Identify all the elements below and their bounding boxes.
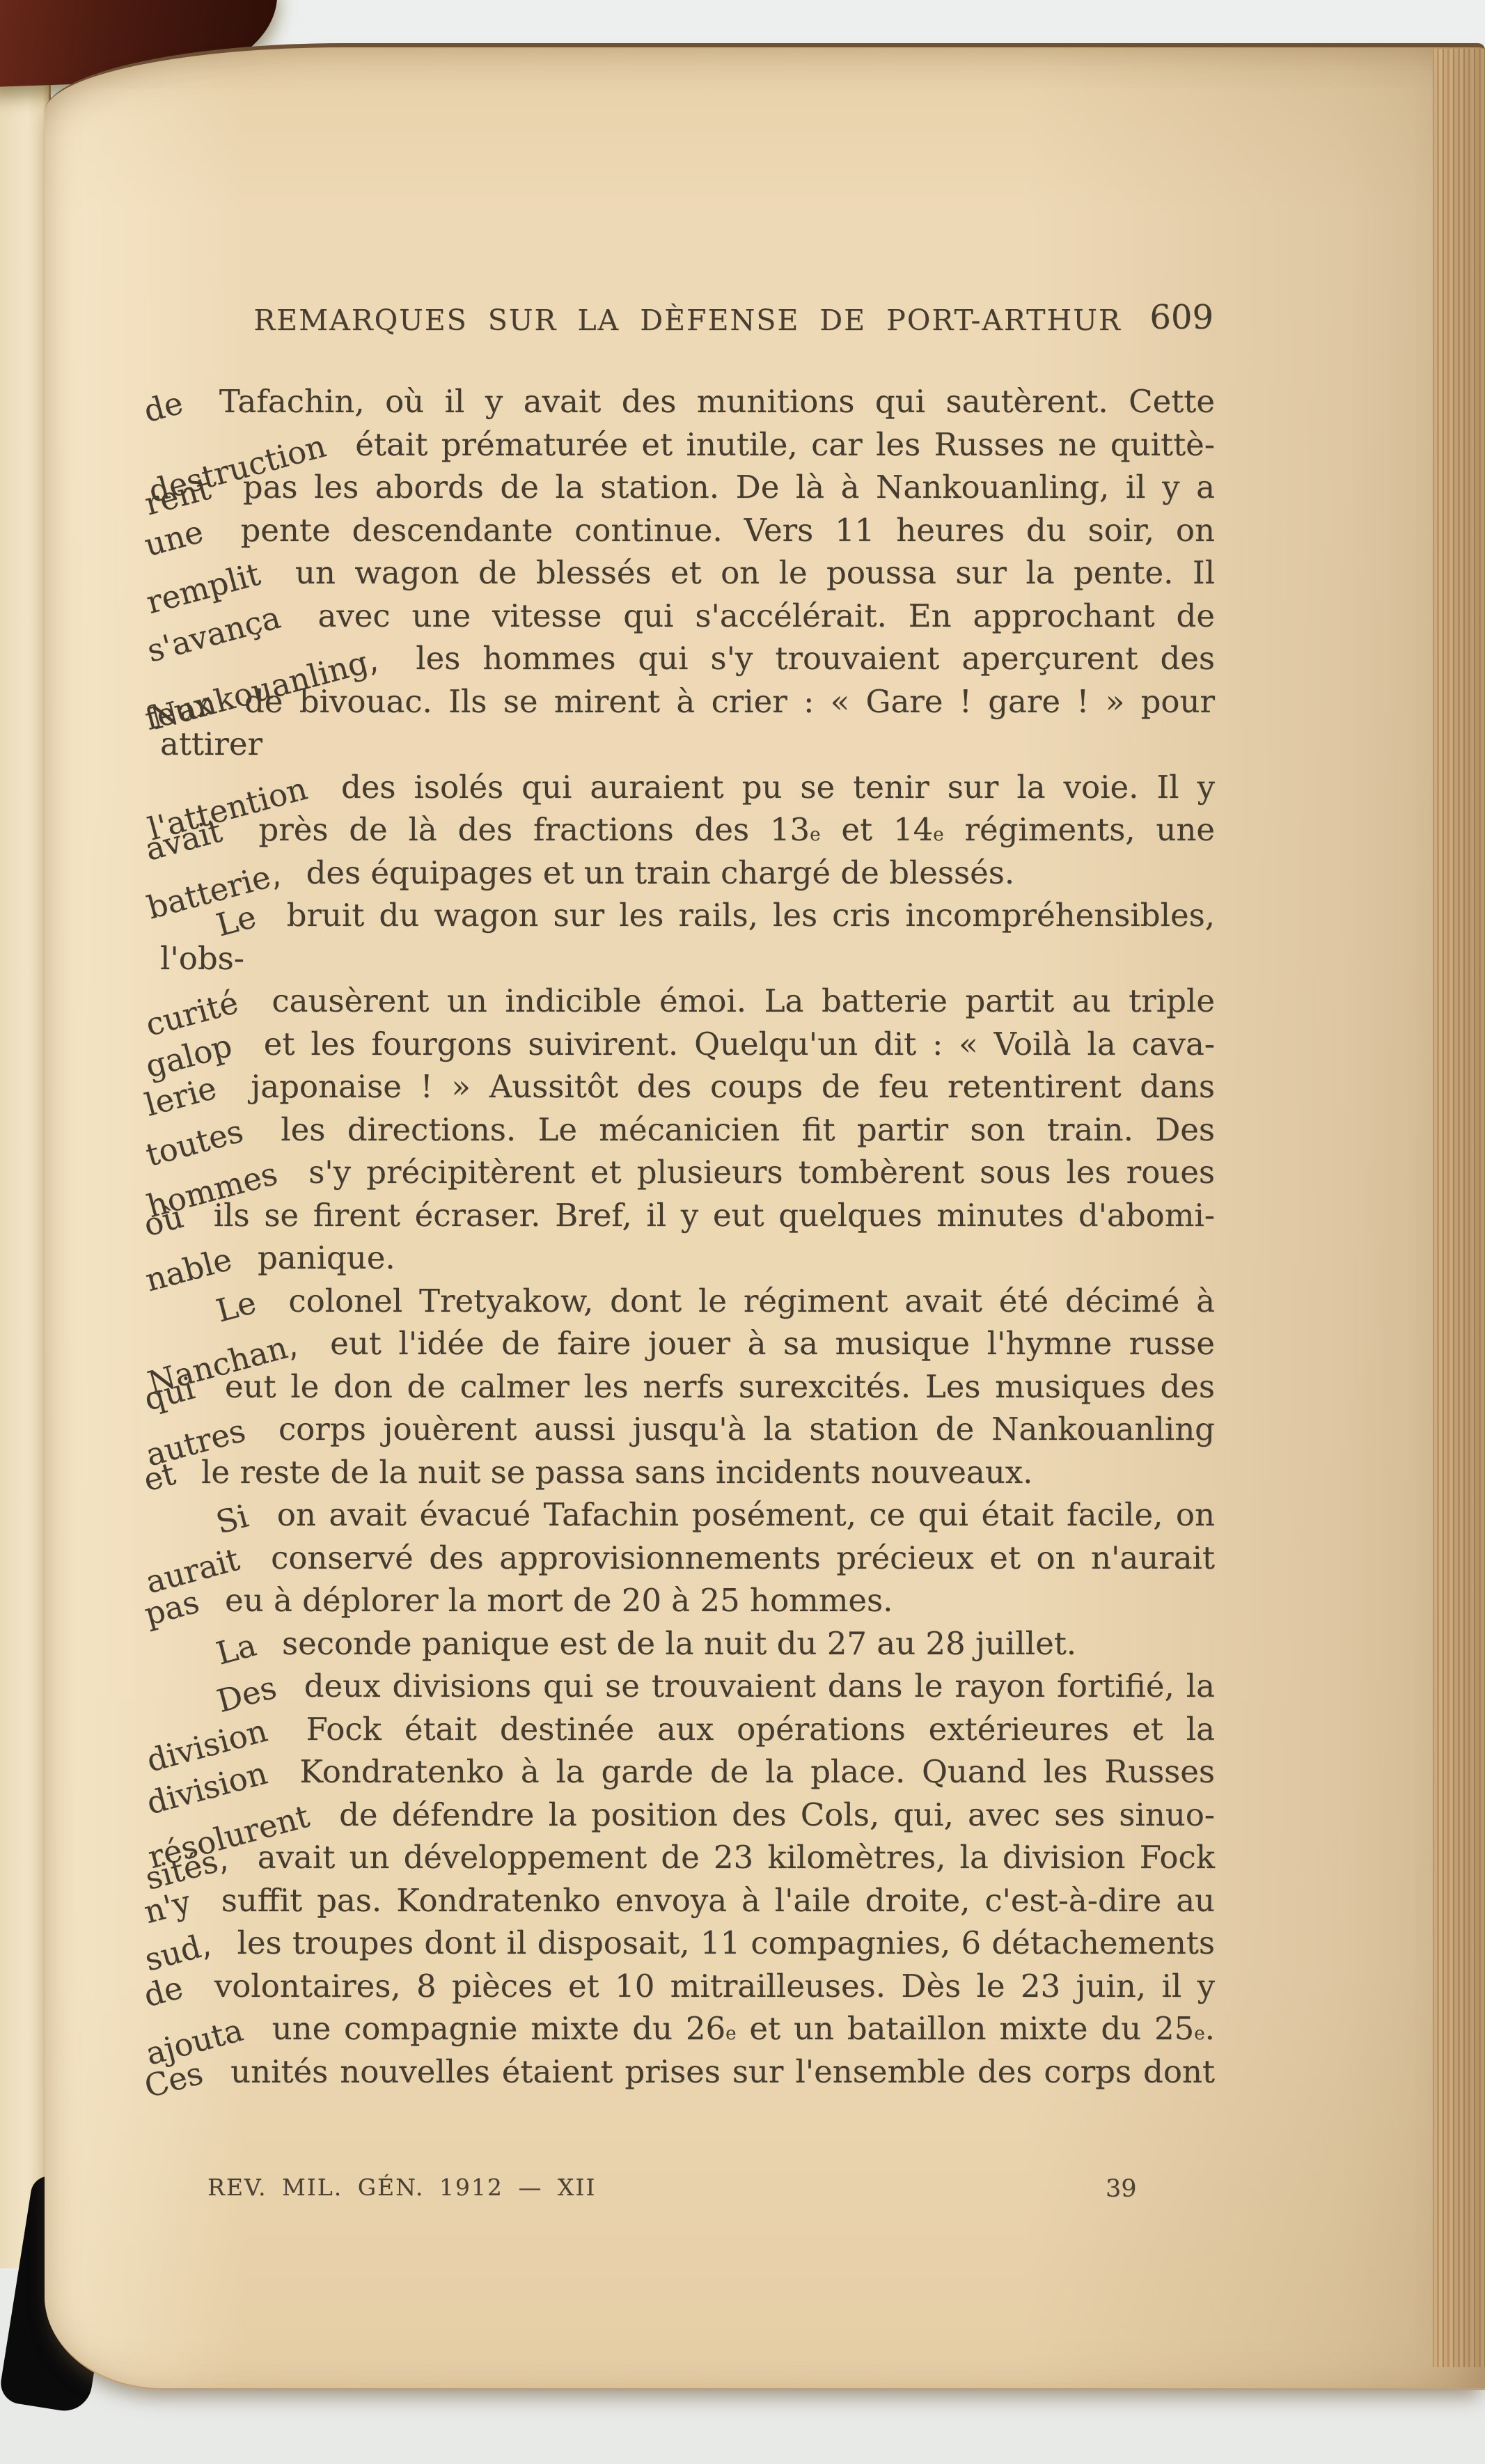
text-line: sud, les troupes dont il disposait, 11 c…	[160, 1922, 1215, 1965]
line-text: unités nouvelles étaient prises sur l'en…	[230, 2053, 1215, 2090]
ordinal-superscript: e	[725, 2023, 736, 2044]
text-line: rent pas les abords de la station. De là…	[160, 466, 1215, 509]
line-text: causèrent un indicible émoi. La batterie…	[272, 982, 1215, 1019]
text-line: Nanchan, eut l'idée de faire jouer à sa …	[160, 1322, 1215, 1365]
gutter-page-edge	[0, 47, 51, 2268]
text-line: autres corps jouèrent aussi jusqu'à la s…	[160, 1408, 1215, 1451]
line-text: avait un développement de 23 kilomètres,…	[258, 1839, 1215, 1876]
text-line: n'y suffit pas. Kondratenko envoya à l'a…	[160, 1879, 1215, 1922]
text-line: division Kondratenko à la garde de la pl…	[160, 1750, 1215, 1794]
text-line: remplit un wagon de blessés et on le pou…	[160, 551, 1215, 595]
page-edges	[1433, 49, 1485, 2367]
line-text: les troupes dont il disposait, 11 compag…	[237, 1924, 1215, 1961]
text-line: Des deux divisions qui se trouvaient dan…	[160, 1665, 1215, 1708]
line-text: bruit du wagon sur les rails, les cris i…	[160, 897, 1215, 977]
line-text: le reste de la nuit se passa sans incide…	[201, 1454, 1032, 1491]
line-text: corps jouèrent aussi jusqu'à la station …	[278, 1411, 1215, 1447]
ordinal-superscript: e	[810, 824, 820, 845]
line-text: était prématurée et inutile, car les Rus…	[355, 426, 1215, 463]
running-header: REMARQUES SUR LA DÈFENSE DE PORT-ARTHUR …	[160, 304, 1215, 352]
line-text: les hommes qui s'y trouvaient aperçurent…	[416, 640, 1215, 677]
line-text: Kondratenko à la garde de la place. Quan…	[299, 1753, 1215, 1790]
line-text: pente descendante continue. Vers 11 heur…	[241, 512, 1216, 549]
book-scan: REMARQUES SUR LA DÈFENSE DE PORT-ARTHUR …	[0, 0, 1485, 2464]
line-text: les directions. Le mécanicien fit partir…	[281, 1111, 1215, 1148]
running-header-title: REMARQUES SUR LA DÈFENSE DE PORT-ARTHUR	[160, 304, 1215, 337]
line-text: deux divisions qui se trouvaient dans le…	[304, 1667, 1215, 1704]
footer-journal-reference: REV. MIL. GÉN. 1912 — XII	[207, 2174, 596, 2201]
line-text: de défendre la position des Cols, qui, a…	[339, 1796, 1215, 1833]
page-footer: REV. MIL. GÉN. 1912 — XII 39	[160, 2174, 1215, 2215]
line-text: des isolés qui auraient pu se tenir sur …	[341, 769, 1215, 806]
text-line: toutes les directions. Le mécanicien fit…	[160, 1108, 1215, 1152]
line-text: volontaires, 8 pièces et 10 mitrailleuse…	[214, 1968, 1215, 2004]
text-line: Ces unités nouvelles étaient prises sur …	[160, 2050, 1215, 2094]
page-number: 609	[1149, 298, 1213, 337]
text-line: destruction était prématurée et inutile,…	[160, 423, 1215, 466]
line-text: s'y précipitèrent et plusieurs tombèrent…	[308, 1154, 1215, 1191]
line-text: une compagnie mixte du 26e et un bataill…	[272, 2010, 1215, 2047]
text-line: et le reste de la nuit se passa sans inc…	[160, 1451, 1215, 1494]
line-text: panique.	[258, 1239, 395, 1276]
line-text: Tafachin, où il y avait des munitions qu…	[219, 383, 1215, 420]
text-line: qui eut le don de calmer les nerfs surex…	[160, 1365, 1215, 1408]
line-text: avec une vitesse qui s'accélérait. En ap…	[317, 597, 1215, 634]
line-text: pas les abords de la station. De là à Na…	[243, 469, 1215, 505]
line-text: eut l'idée de faire jouer à sa musique l…	[330, 1325, 1215, 1362]
text-line: nable panique.	[160, 1237, 1215, 1280]
text-line: division Fock était destinée aux opérati…	[160, 1708, 1215, 1751]
text-line: Si on avait évacué Tafachin posément, ce…	[160, 1493, 1215, 1537]
line-text: et les fourgons suivirent. Quelqu'un dit…	[264, 1026, 1215, 1062]
text-line: Le bruit du wagon sur les rails, les cri…	[160, 894, 1215, 980]
line-text: un wagon de blessés et on le poussa sur …	[295, 554, 1215, 591]
text-line: aurait conservé des approvisionnements p…	[160, 1537, 1215, 1580]
text-line: galop et les fourgons suivirent. Quelqu'…	[160, 1023, 1215, 1066]
text-line: batterie, des équipages et un train char…	[160, 852, 1215, 895]
text-line: de volontaires, 8 pièces et 10 mitraille…	[160, 1965, 1215, 2008]
text-line: résolurent de défendre la position des C…	[160, 1794, 1215, 1837]
text-line: lerie japonaise ! » Aussitôt des coups d…	[160, 1065, 1215, 1108]
page-content: REMARQUES SUR LA DÈFENSE DE PORT-ARTHUR …	[160, 45, 1215, 2433]
line-text: colonel Tretyakow, dont le régiment avai…	[288, 1282, 1215, 1319]
text-line: l'attention des isolés qui auraient pu s…	[160, 766, 1215, 809]
text-line: hommes s'y précipitèrent et plusieurs to…	[160, 1151, 1215, 1194]
line-text: on avait évacué Tafachin posément, ce qu…	[277, 1496, 1215, 1533]
ordinal-superscript: e	[1194, 2023, 1204, 2044]
text-line: pas eu à déplorer la mort de 20 à 25 hom…	[160, 1579, 1215, 1622]
text-line: La seconde panique est de la nuit du 27 …	[160, 1622, 1215, 1665]
page-body-text: de Tafachin, où il y avait des munitions…	[160, 380, 1215, 2093]
text-line: s'avança avec une vitesse qui s'accéléra…	[160, 595, 1215, 638]
line-text: eu à déplorer la mort de 20 à 25 hommes.	[225, 1582, 893, 1619]
line-text: près de là des fractions des 13e et 14e …	[258, 811, 1215, 848]
text-line: de Tafachin, où il y avait des munitions…	[160, 380, 1215, 423]
footer-signature-number: 39	[1106, 2175, 1137, 2203]
text-line: sités, avait un développement de 23 kilo…	[160, 1836, 1215, 1879]
line-text: eut le don de calmer les nerfs surexcité…	[225, 1368, 1215, 1405]
line-text: seconde panique est de la nuit du 27 au …	[282, 1625, 1076, 1662]
ordinal-superscript: e	[933, 824, 943, 845]
line-text: japonaise ! » Aussitôt des coups de feu …	[251, 1068, 1215, 1105]
line-text: ils se firent écraser. Bref, il y eut qu…	[214, 1197, 1215, 1234]
line-text: conservé des approvisionnements précieux…	[271, 1539, 1215, 1576]
text-line: où ils se firent écraser. Bref, il y eut…	[160, 1194, 1215, 1237]
text-line: curité causèrent un indicible émoi. La b…	[160, 980, 1215, 1023]
text-line: Nankouanling, les hommes qui s'y trouvai…	[160, 637, 1215, 680]
line-text: Fock était destinée aux opérations extér…	[306, 1711, 1215, 1748]
text-line: avait près de là des fractions des 13e e…	[160, 808, 1215, 852]
text-line: ajouta une compagnie mixte du 26e et un …	[160, 2007, 1215, 2050]
text-line: Le colonel Tretyakow, dont le régiment a…	[160, 1280, 1215, 1323]
line-text: des équipages et un train chargé de bles…	[306, 854, 1015, 891]
text-line: une pente descendante continue. Vers 11 …	[160, 509, 1215, 552]
line-text: suffit pas. Kondratenko envoya à l'aile …	[221, 1882, 1215, 1919]
